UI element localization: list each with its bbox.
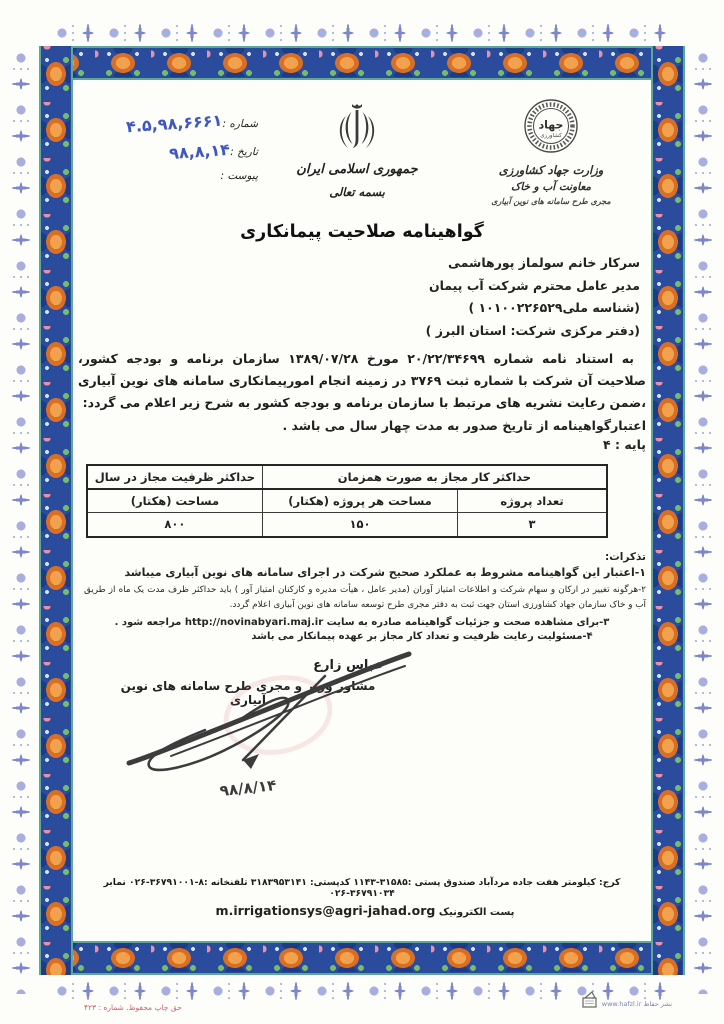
addressee-role: مدیر عامل محترم شرکت آب پیمان [78, 275, 640, 298]
seal-word-top: جهاد [539, 119, 564, 132]
value-area-per-project: ۱۵۰ [262, 513, 457, 537]
certificate-content: جهاد کشاورزی وزارت جهاد کشاورزی معاونت آ… [78, 84, 646, 936]
illuminated-border-bottom [39, 941, 685, 975]
country-name: جمهوری اسلامی ایران [258, 162, 456, 177]
table-group-header-row: حداکثر کار مجاز به صورت همزمان حداکثر ظر… [87, 465, 607, 489]
signatory-name: عباس زارع [103, 658, 393, 673]
printer-logo-icon [579, 990, 599, 1010]
ministry-executor: مجری طرح سامانه های نوین آبیاری [456, 197, 646, 206]
illuminated-border-left [39, 46, 73, 975]
certificate-page: جهاد کشاورزی وزارت جهاد کشاورزی معاونت آ… [0, 0, 724, 1024]
handwritten-date: ۹۸/۸/۱۴ [103, 764, 393, 812]
printer-mark: نشر حفاظ www.hafzl.ir [579, 990, 672, 1010]
footer-address-line: کرج: کیلومتر هفت جاده مردآباد صندوق پستی… [78, 877, 646, 899]
ref-attachment-row: پیوست : [84, 170, 258, 182]
illuminated-border-right [651, 46, 685, 975]
col-header-project-count: تعداد پروژه [458, 489, 607, 513]
ref-date-handwritten: ۹۸,۸,۱۴ [169, 140, 231, 163]
email-address: m.irrigationsys@agri-jahad.org [216, 903, 436, 918]
value-area-per-year: ۸۰۰ [87, 513, 262, 537]
reference-block: شماره : ۴.۵,۹۸,۶۶۶۱ تاریخ : ۹۸,۸,۱۴ پیوس… [78, 84, 258, 206]
footer-email-line: پست الکترونیک m.irrigationsys@agri-jahad… [78, 903, 646, 918]
addressee-block: سرکار خانم سولماز پورهاشمی مدیر عامل محت… [78, 252, 646, 342]
letterhead: جهاد کشاورزی وزارت جهاد کشاورزی معاونت آ… [78, 84, 646, 206]
printer-mark-text: نشر حفاظ www.hafzl.ir [602, 1000, 672, 1010]
addressee-national-id: (شناسه ملی۱۰۱۰۰۲۲۶۵۲۹ ) [78, 297, 640, 320]
grade-statement: پایه : ۴ [78, 437, 646, 452]
capacity-table: حداکثر کار مجاز به صورت همزمان حداکثر ظر… [86, 464, 608, 538]
note-item-1: ۱-اعتبار این گواهینامه مشروط به عملکرد ص… [78, 566, 646, 579]
table-column-header-row: تعداد پروژه مساحت هر پروژه (هکتار) مساحت… [87, 489, 607, 513]
note-item-2: ۲-هرگونه تغییر در ارکان و سهام شرکت و اط… [78, 583, 646, 615]
illuminated-border-top [39, 46, 685, 80]
email-label: پست الکترونیک [439, 907, 515, 918]
ref-date-row: تاریخ : ۹۸,۸,۱۴ [84, 142, 258, 161]
copyright-mark: حق چاپ محفوظ. شماره : ۴۲۳ [84, 1003, 182, 1012]
group-header-yearly: حداکثر ظرفیت مجاز در سال [87, 465, 262, 489]
col-header-area-per-project: مساحت هر پروژه (هکتار) [262, 489, 457, 513]
ministry-name: وزارت جهاد کشاورزی [456, 163, 646, 177]
ref-attachment-label: پیوست : [221, 170, 259, 182]
ornament-column-right [690, 48, 716, 994]
ministry-text-lines: وزارت جهاد کشاورزی معاونت آب و خاک مجری … [456, 163, 646, 206]
ref-number-row: شماره : ۴.۵,۹۸,۶۶۶۱ [84, 114, 258, 133]
addressee-head-office: (دفتر مرکزی شرکت: استان البرز ) [78, 320, 640, 343]
basmala: بسمه تعالی [258, 185, 456, 199]
group-header-concurrent: حداکثر کار مجاز به صورت همزمان [262, 465, 607, 489]
ministry-deputy: معاونت آب و خاک [456, 181, 646, 193]
notes-section: تذکرات: ۱-اعتبار این گواهینامه مشروط به … [78, 551, 646, 643]
col-header-area-per-year: مساحت (هکتار) [87, 489, 262, 513]
ref-number-handwritten: ۴.۵,۹۸,۶۶۶۱ [126, 111, 223, 137]
signature-block: عباس زارع مشاور وزیر و مجری طرح سامانه ه… [103, 658, 393, 797]
certificate-title: گواهینامه صلاحیت پیمانکاری [78, 222, 646, 242]
value-project-count: ۳ [458, 513, 607, 537]
national-emblem-block: جمهوری اسلامی ایران بسمه تعالی [258, 84, 456, 206]
iran-emblem-icon [334, 100, 380, 154]
validity-statement: اعتبارگواهینامه از تاریخ صدور به مدت چها… [78, 418, 646, 433]
ornament-row-top [52, 20, 672, 46]
note-item-3: ۳-برای مشاهده صحت و جزئیات گواهینامه صاد… [78, 617, 646, 628]
ref-date-label: تاریخ : [230, 146, 258, 158]
ministry-block: جهاد کشاورزی وزارت جهاد کشاورزی معاونت آ… [456, 84, 646, 206]
footer-contact: کرج: کیلومتر هفت جاده مردآباد صندوق پستی… [78, 877, 646, 918]
table-values-row: ۳ ۱۵۰ ۸۰۰ [87, 513, 607, 537]
note-item-4: ۴-مسئولیت رعایت ظرفیت و تعداد کار مجاز ب… [78, 631, 646, 642]
ref-number-label: شماره : [222, 118, 258, 130]
addressee-name: سرکار خانم سولماز پورهاشمی [78, 252, 640, 275]
notes-label: تذکرات: [78, 551, 646, 563]
body-paragraph: به استناد نامه شماره ۲۰/۲۲/۳۴۶۹۹ مورخ ۱۳… [78, 348, 646, 414]
seal-word-bottom: کشاورزی [540, 132, 562, 139]
ornament-column-left [8, 48, 34, 994]
jihad-agriculture-seal-icon: جهاد کشاورزی [523, 98, 579, 154]
